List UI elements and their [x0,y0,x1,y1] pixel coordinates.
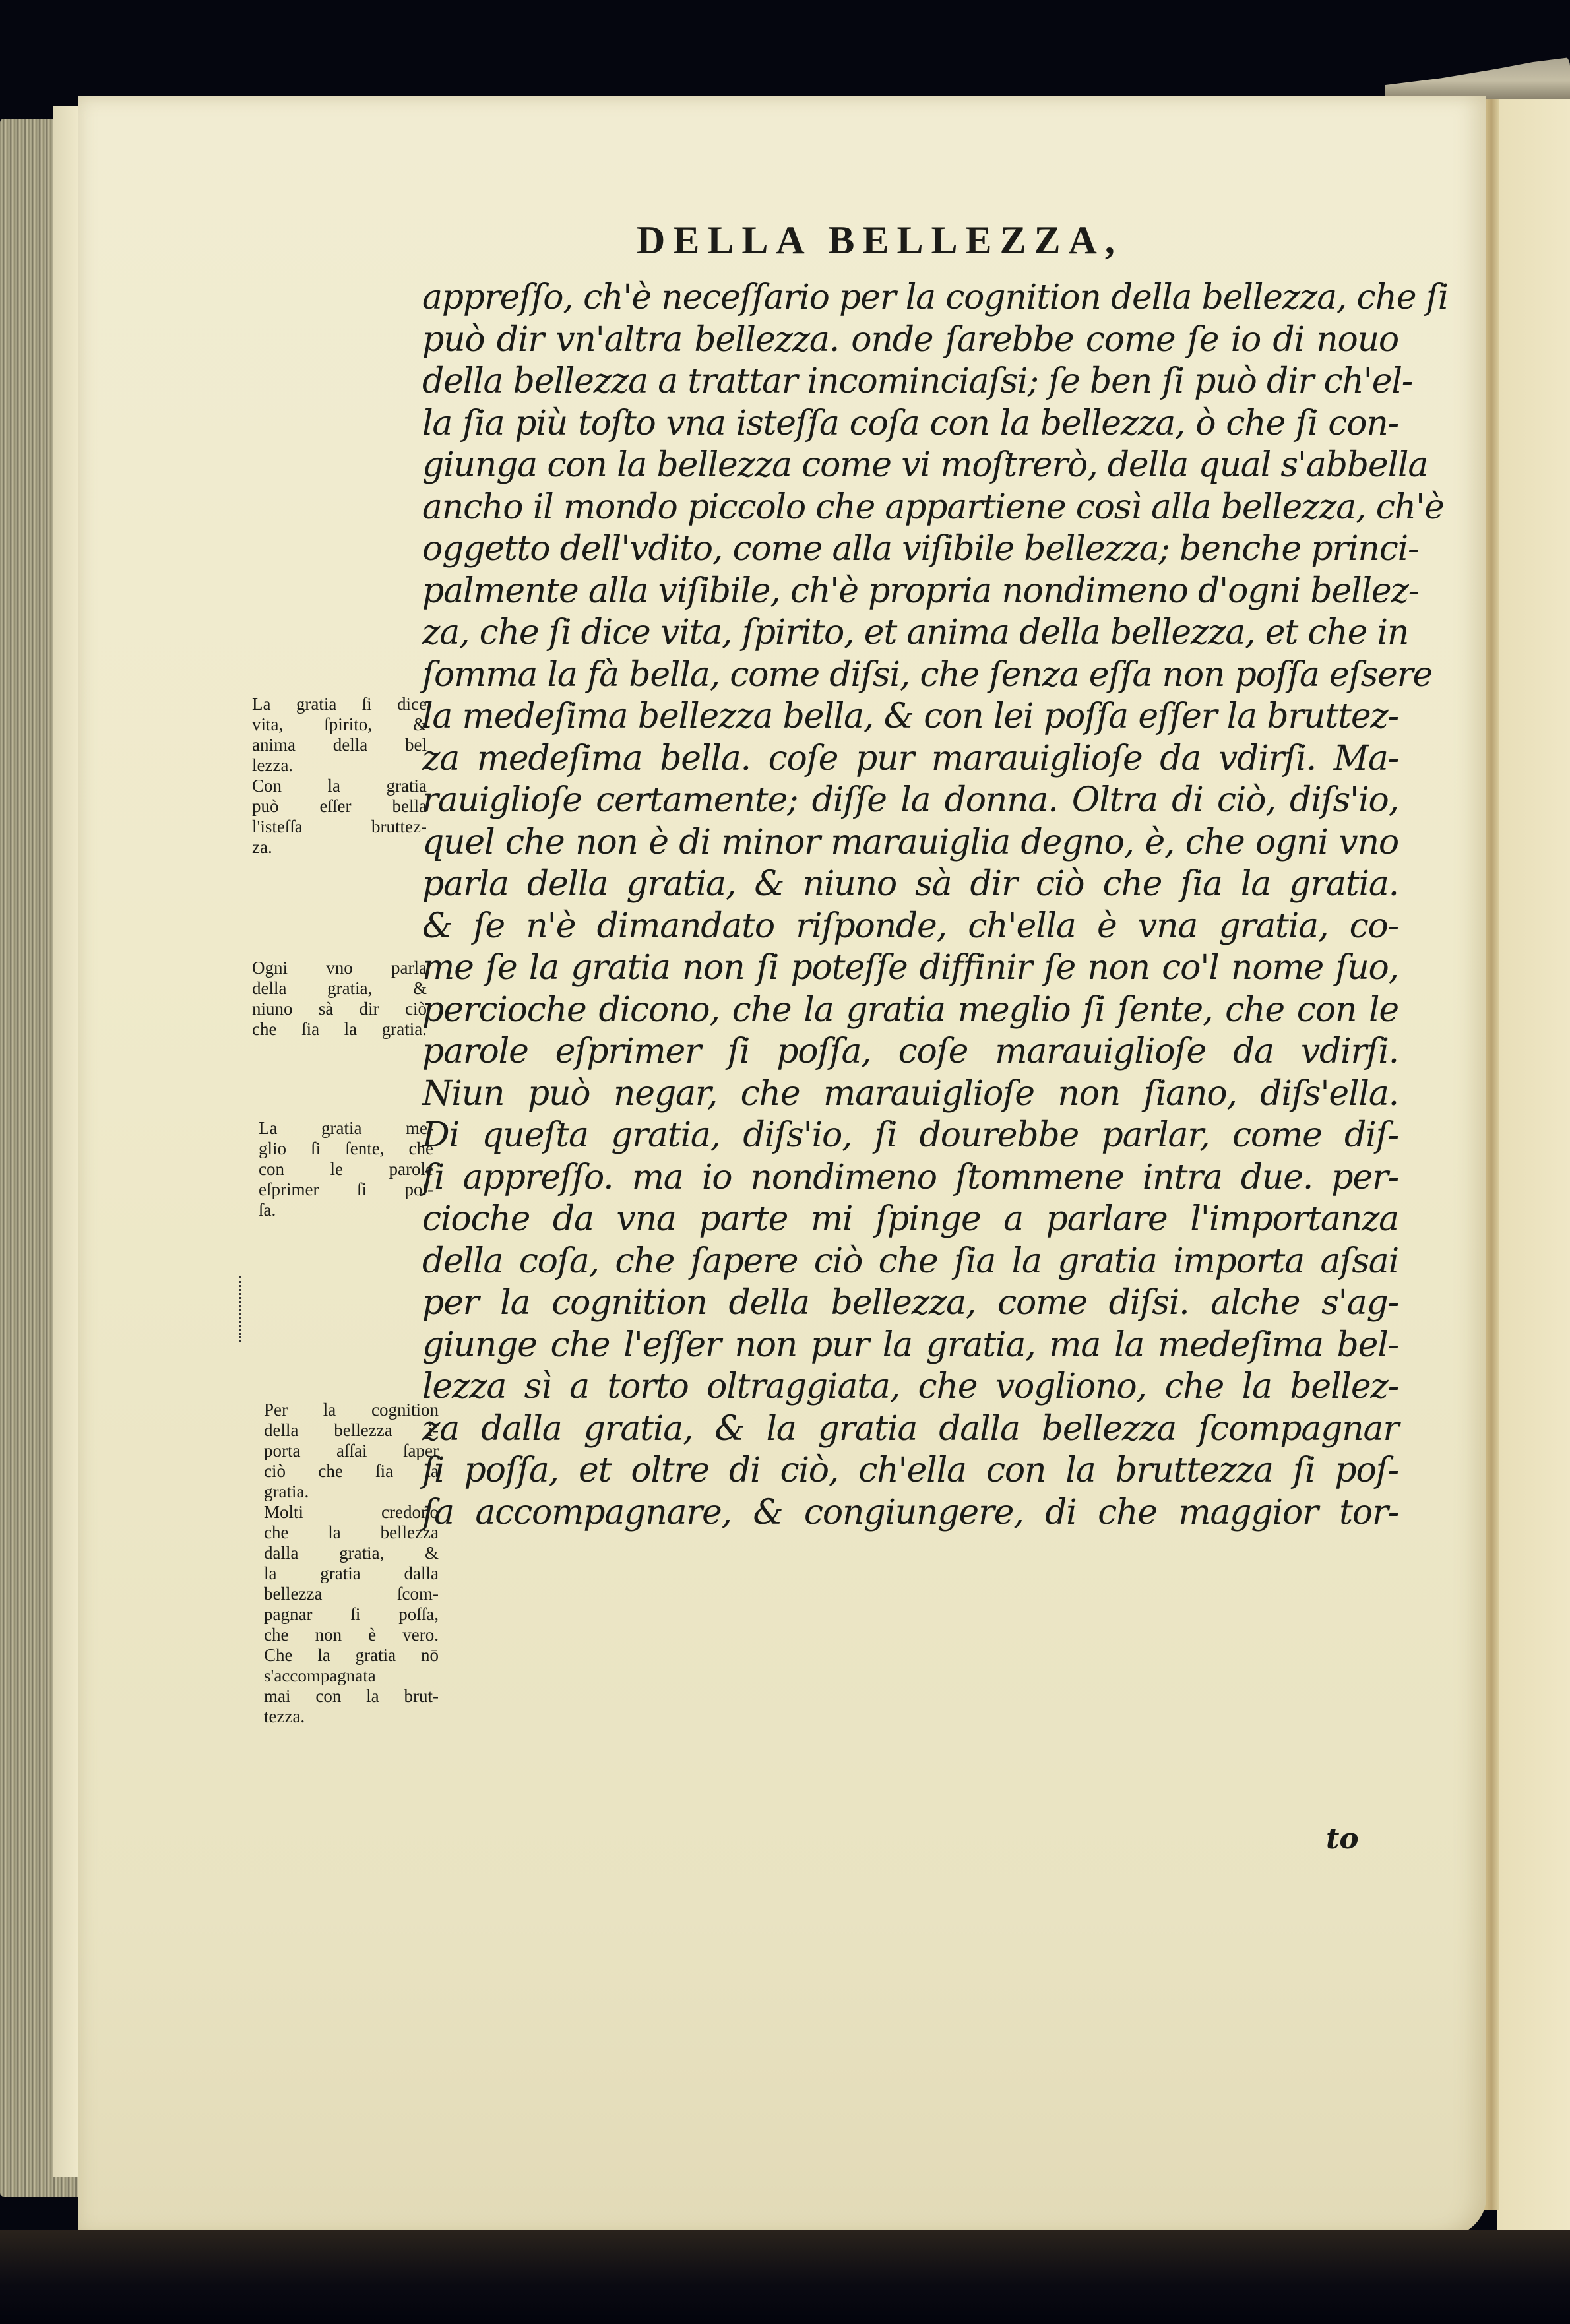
margin-note-gratia-vita: La gratia ſi dice vita, ſpirito, & anima… [252,694,427,858]
body-line: percioche dicono, che la gratia meglio ſ… [422,989,1398,1032]
body-line: della coſa, che ſapere ciò che ſia la gr… [422,1241,1398,1283]
margin-note-cognition: Per la cognition della bellezza i- porta… [264,1400,439,1727]
body-line: può dir vn'altra bellezza. onde ſarebbe … [422,319,1398,361]
margin-note-line: pagnar ſi poſſa, [264,1604,439,1625]
body-line: giunge che l'eſſer non pur la gratia, ma… [422,1325,1398,1367]
body-line: rauiglioſe certamente; diſſe la donna. O… [422,780,1398,822]
margin-note-line: che ſia la gratia. [252,1019,427,1040]
body-line: ſa accompagnare, & congiungere, di che m… [422,1492,1398,1534]
margin-note-line: mai con la brut- [264,1686,439,1707]
body-line: ſomma la fà bella, come diſsi, che ſenza… [422,654,1398,697]
margin-note-line: eſprimer ſi poſ- [259,1179,433,1200]
margin-note-line: può eſſer bella [252,796,427,817]
running-head: DELLA BELLEZZA, [637,218,1123,263]
margin-note-line: gratia. [264,1482,439,1502]
page-stack-inner [53,106,79,2177]
margin-note-line: Con la gratia [252,776,427,796]
margin-note-line: lezza. [252,755,427,776]
body-line: per la cognition della bellezza, come di… [422,1282,1398,1325]
margin-note-line: La gratia me- [259,1118,433,1139]
body-line: za dalla gratia, & la gratia dalla belle… [422,1408,1398,1451]
body-line: della bellezza a trattar incominciaſsi; … [422,361,1398,403]
facing-page [1497,99,1570,2249]
body-line: giunga con la bellezza come vi moſtrerò,… [422,445,1398,487]
body-line: oggetto dell'vdito, come alla viſibile b… [422,528,1398,571]
margin-note-ogni-vno: Ogni vno parla della gratia, & niuno sà … [252,958,427,1040]
body-line: Di queſta gratia, diſs'io, ſi dourebbe p… [422,1115,1398,1157]
book-spine-top [1385,53,1570,99]
margin-ink-mark [239,1276,245,1342]
body-line: ſi poſſa, et oltre di ciò, ch'ella con l… [422,1450,1398,1492]
margin-note-line: porta aſſai ſaper [264,1441,439,1461]
body-line: palmente alla viſibile, ch'è propria non… [422,571,1398,613]
margin-note-line: vita, ſpirito, & [252,714,427,735]
margin-note-line: con le parole [259,1159,433,1179]
body-line: parla della gratia, & niuno sà dir ciò c… [422,864,1398,906]
body-text: appreſſo, ch'è neceſſario per la cogniti… [422,277,1398,1534]
body-line: za medeſima bella. coſe pur marauiglioſe… [422,738,1398,780]
margin-note-line: bellezza ſcom- [264,1584,439,1604]
body-line: Niun può negar, che marauiglioſe non ſia… [422,1073,1398,1115]
margin-note-line: che la bellezza [264,1523,439,1543]
margin-note-line: Per la cognition [264,1400,439,1420]
body-line: za, che ſi dice vita, ſpirito, et anima … [422,612,1398,654]
margin-note-gratia-sente: La gratia me- glio ſi ſente, che con le … [259,1118,433,1220]
margin-note-line: Molti credono [264,1502,439,1523]
margin-note-line: za. [252,837,427,858]
body-line: & ſe n'è dimandato riſponde, ch'ella è v… [422,906,1398,948]
margin-note-line: glio ſi ſente, che [259,1139,433,1159]
body-line: la medeſima bellezza bella, & con lei po… [422,696,1398,738]
body-line: appreſſo, ch'è neceſſario per la cogniti… [422,277,1398,319]
body-line: ſi appreſſo. ma io nondimeno ſtommene in… [422,1157,1398,1199]
margin-note-line: ciò che ſia la [264,1461,439,1482]
book-gutter [1484,99,1499,2210]
margin-note-line: l'isteſſa bruttez- [252,817,427,837]
margin-note-line: la gratia dalla [264,1563,439,1584]
body-line: la ſia più toſto vna isteſſa coſa con la… [422,403,1398,445]
body-line: quel che non è di minor marauiglia degno… [422,822,1398,864]
margin-note-line: niuno sà dir ciò [252,999,427,1019]
margin-note-line: tezza. [264,1707,439,1727]
margin-note-line: dalla gratia, & [264,1543,439,1563]
body-line: me ſe la gratia non ſi poteſſe diffinir … [422,947,1398,989]
margin-note-line: Ogni vno parla [252,958,427,978]
margin-note-line: della bellezza i- [264,1420,439,1441]
body-line: cioche da vna parte mi ſpinge a parlare … [422,1199,1398,1241]
margin-note-line: Che la gratia nō [264,1645,439,1666]
body-line: ancho il mondo piccolo che appartiene co… [422,487,1398,529]
catchword: to [1326,1822,1359,1856]
margin-note-line: della gratia, & [252,978,427,999]
body-line: lezza sì a torto oltraggiata, che voglio… [422,1366,1398,1408]
margin-note-line: che non è vero. [264,1625,439,1645]
body-line: parole eſprimer ſi poſſa, coſe marauigli… [422,1031,1398,1073]
scan-background-bottom [0,2230,1570,2324]
margin-note-line: anima della bel [252,735,427,755]
margin-note-line: La gratia ſi dice [252,694,427,714]
margin-note-line: s'accompagnata [264,1666,439,1686]
margin-note-line: ſa. [259,1200,433,1220]
